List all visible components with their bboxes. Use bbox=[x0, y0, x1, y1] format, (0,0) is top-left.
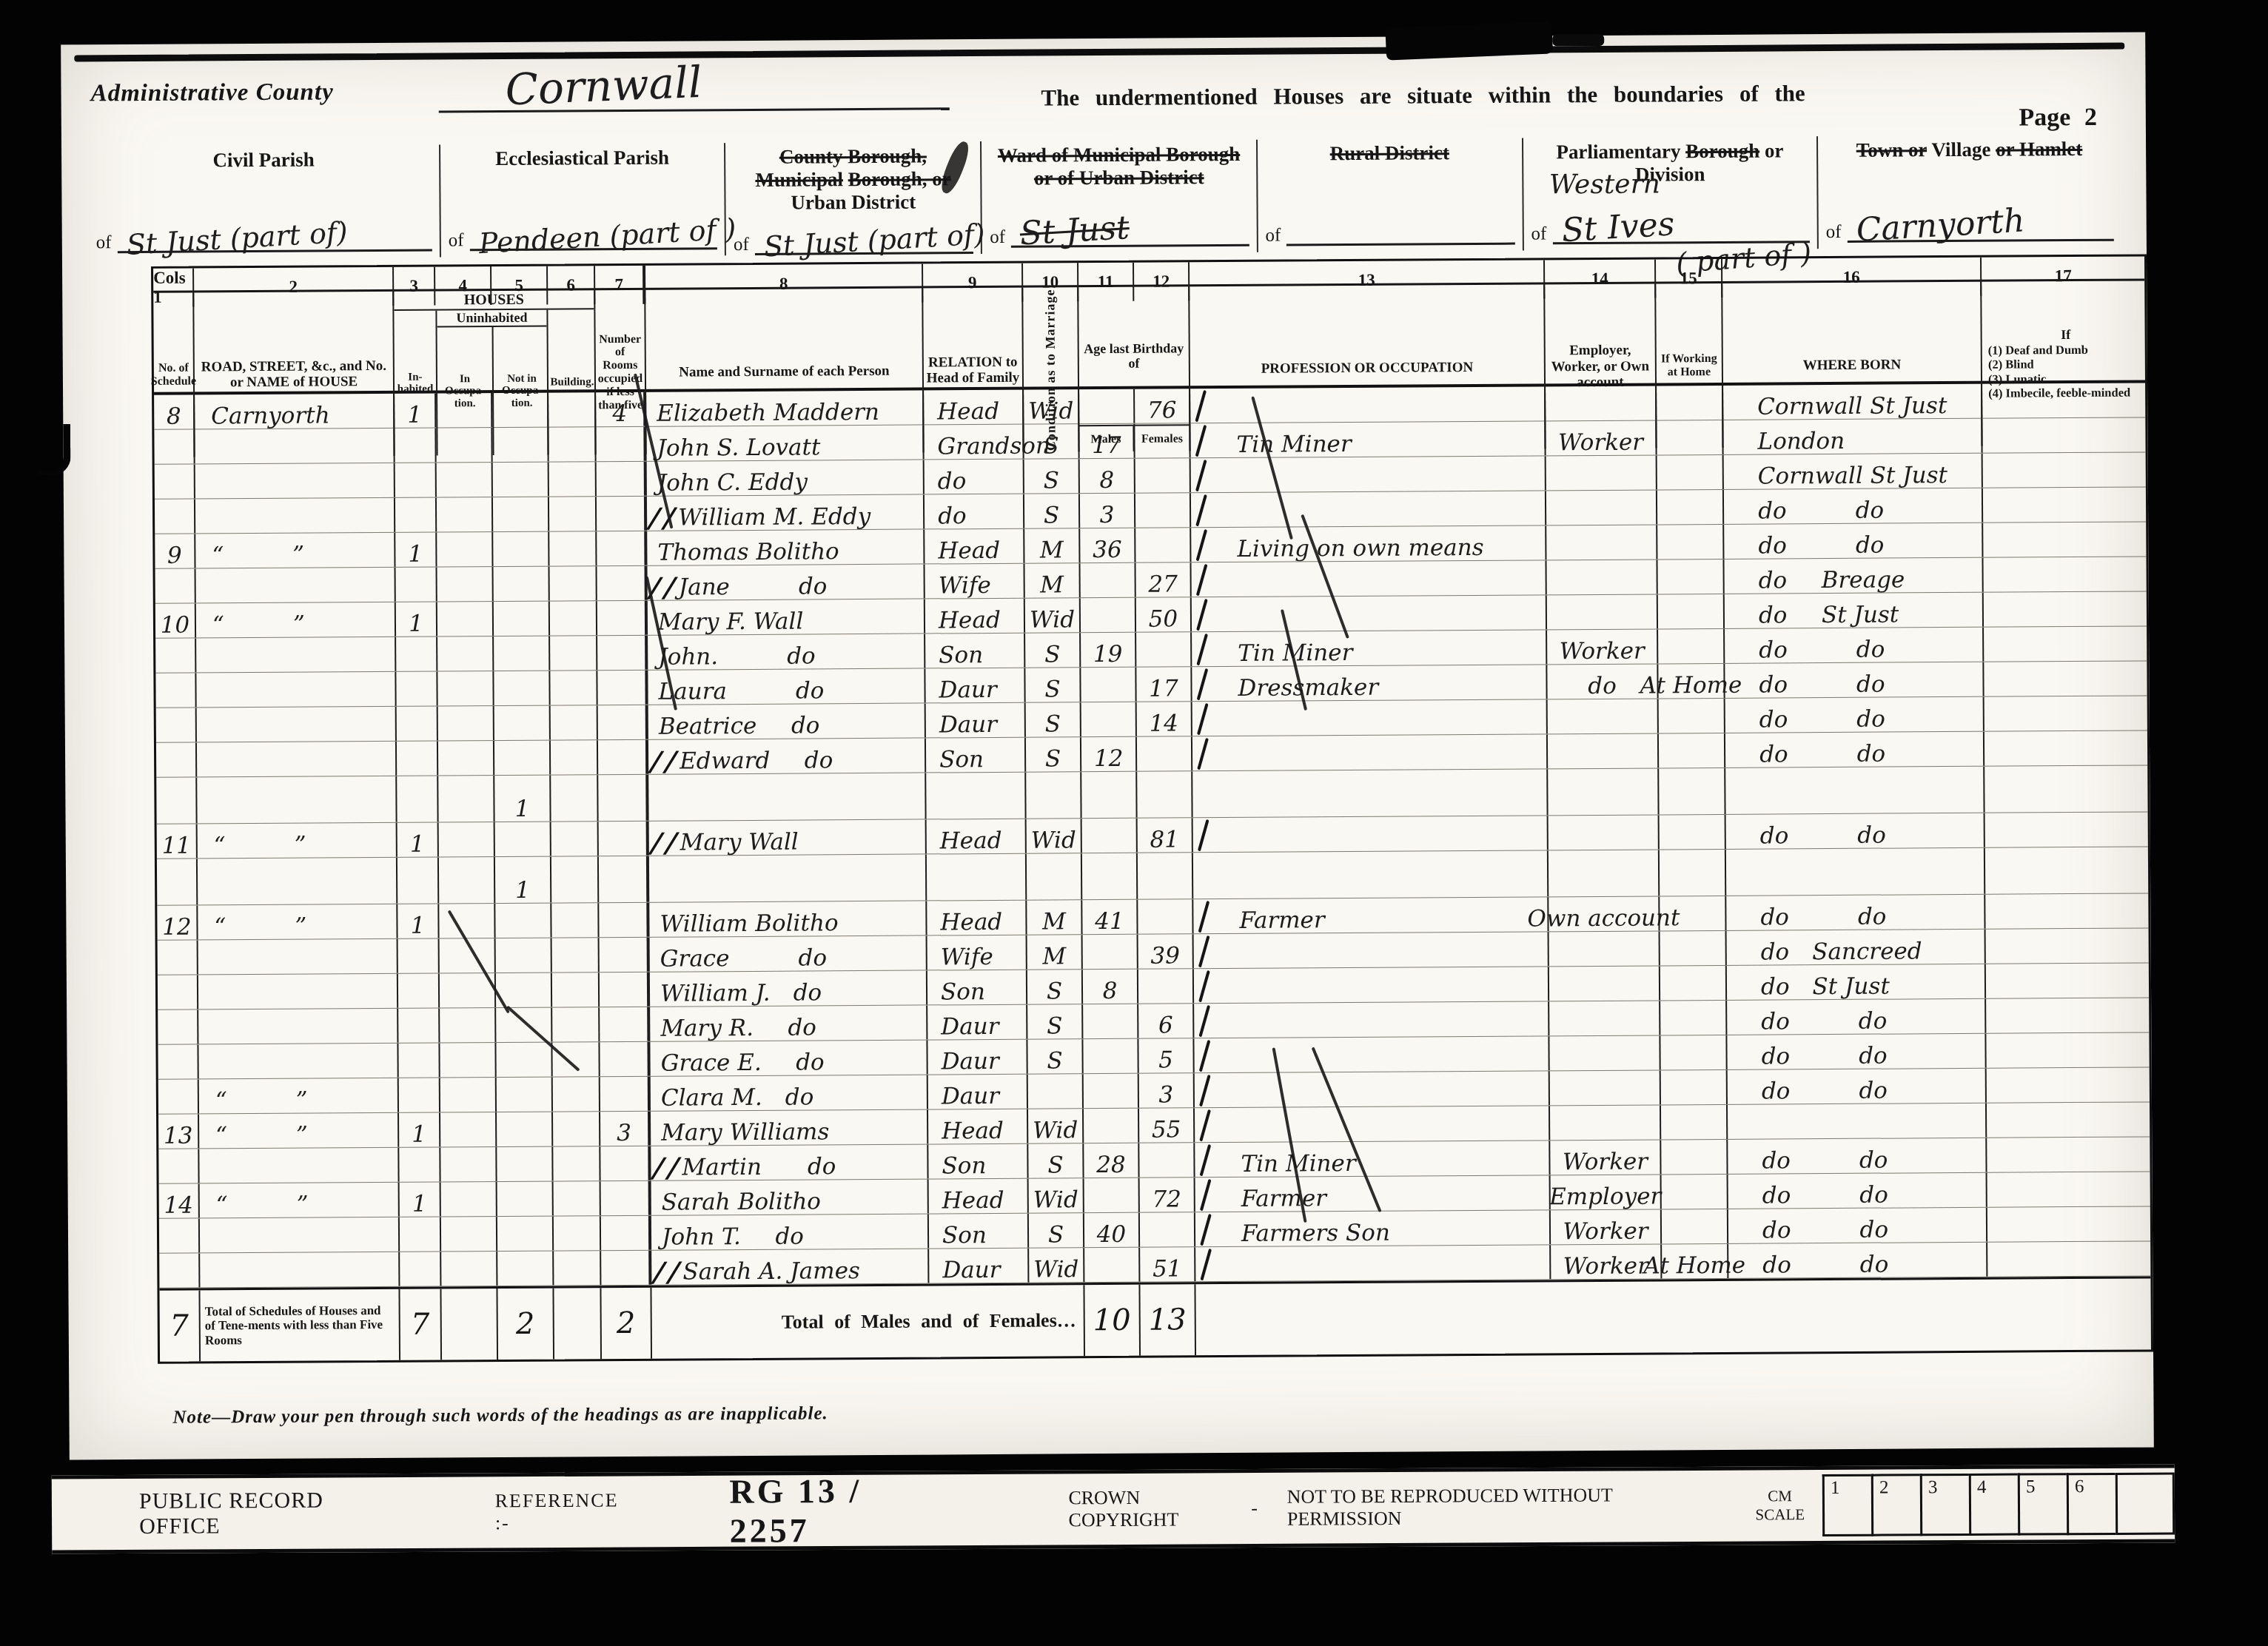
cell-condition bbox=[1027, 853, 1082, 899]
cell-condition: S bbox=[1029, 1213, 1084, 1247]
cell-age-male bbox=[1081, 668, 1136, 702]
cell-condition: S bbox=[1024, 424, 1079, 458]
enumerator-tick bbox=[1200, 1144, 1212, 1176]
cell-condition-value: S bbox=[1043, 434, 1058, 457]
cell-profession bbox=[1190, 386, 1546, 423]
household-end-mark bbox=[648, 751, 680, 773]
cell-road bbox=[195, 498, 395, 534]
cell-condition-value: S bbox=[1044, 643, 1060, 666]
cell-at-home bbox=[1659, 733, 1725, 768]
cell-not-in-occupation bbox=[492, 428, 548, 462]
cell-employer: Worker bbox=[1551, 1209, 1662, 1244]
cell-road bbox=[198, 1009, 398, 1044]
cell-relation: do bbox=[925, 494, 1024, 529]
reference-value: RG 13 / 2257 bbox=[729, 1471, 913, 1550]
cell-schedule bbox=[156, 743, 197, 777]
cell-age-male bbox=[1082, 853, 1138, 899]
cell-not-in-occupation: 1 bbox=[495, 857, 551, 903]
cell-rooms: 3 bbox=[600, 1112, 651, 1146]
cell-rooms bbox=[600, 1077, 651, 1111]
cell-not-in-occupation bbox=[493, 497, 549, 531]
cell-where-born: do do bbox=[1727, 1034, 1986, 1069]
header-box-of-row: ofPendeen (part of ) bbox=[449, 209, 717, 251]
cell-where-born: do do bbox=[1724, 488, 1983, 524]
cell-where-born: do do bbox=[1726, 895, 1985, 930]
cell-inhabited bbox=[395, 429, 436, 463]
totals-row: 7 Total of Schedules of Houses and of Te… bbox=[159, 1276, 2151, 1361]
cell-age-male bbox=[1084, 1109, 1139, 1143]
cell-condition: M bbox=[1027, 935, 1083, 969]
table-body: 8Carnyorth14Elizabeth MaddernHeadWid76Co… bbox=[154, 383, 2150, 1288]
cell-relation: Daur bbox=[927, 1005, 1027, 1040]
cell-profession bbox=[1194, 932, 1549, 968]
cm-label: CM bbox=[1768, 1487, 1792, 1505]
cell-condition: Wid bbox=[1028, 1109, 1084, 1143]
cell-at-home bbox=[1657, 420, 1723, 455]
cell-name: Martin do bbox=[651, 1144, 928, 1180]
cell-inhabited: 1 bbox=[395, 533, 437, 567]
cell-inhabited bbox=[396, 672, 437, 706]
cell-where-born-value: do Breage bbox=[1759, 568, 1905, 592]
administrative-county-label: Administrative County bbox=[90, 78, 333, 107]
cell-not-in-occupation bbox=[496, 1043, 552, 1077]
cell-not-in-occupation-value: 1 bbox=[515, 798, 530, 821]
cell-at-home bbox=[1659, 699, 1725, 733]
cell-schedule bbox=[155, 673, 196, 708]
cell-rooms-value: 4 bbox=[612, 403, 627, 426]
cell-rooms bbox=[597, 497, 647, 531]
cell-inhabited-value: 1 bbox=[409, 613, 423, 636]
cell-relation-value: Head bbox=[940, 911, 1002, 935]
cell-in-occupation bbox=[437, 463, 493, 497]
cell-schedule-value: 12 bbox=[162, 916, 192, 939]
cell-schedule-value: 10 bbox=[161, 614, 190, 637]
cell-profession: Living on own means bbox=[1191, 525, 1546, 562]
totals-schedule: 7 bbox=[159, 1291, 201, 1362]
cell-in-occupation bbox=[438, 741, 494, 775]
cell-schedule-value: 8 bbox=[167, 406, 181, 429]
cell-name-value: Laura do bbox=[658, 679, 824, 703]
cell-infirmity bbox=[1984, 591, 2147, 626]
cell-age-male-value: 41 bbox=[1095, 910, 1124, 933]
cell-profession bbox=[1193, 850, 1549, 898]
cell-employer-value: Worker bbox=[1560, 640, 1645, 664]
cell-road bbox=[197, 707, 397, 742]
cell-profession bbox=[1192, 769, 1548, 817]
cell-relation-value: Son bbox=[941, 981, 985, 1004]
enumerator-tick bbox=[1199, 1040, 1211, 1072]
cell-profession: Farmer bbox=[1193, 897, 1549, 933]
header-box-ward: Ward of Municipal Borough or of Urban Di… bbox=[982, 140, 1258, 254]
cell-rooms bbox=[597, 566, 648, 600]
cell-age-female bbox=[1137, 771, 1192, 817]
cell-schedule: 10 bbox=[155, 604, 196, 638]
cell-inhabited bbox=[397, 858, 439, 904]
cell-building bbox=[549, 531, 597, 565]
cell-building bbox=[551, 903, 599, 937]
household-end-mark bbox=[650, 1158, 682, 1180]
cell-age-female bbox=[1139, 1143, 1195, 1177]
cell-rooms bbox=[600, 1146, 651, 1180]
column-number-2: 2 bbox=[194, 267, 394, 307]
cell-in-occupation bbox=[439, 857, 495, 903]
cell-building bbox=[548, 392, 596, 426]
column-number-8: 8 bbox=[645, 264, 923, 304]
cell-name: Thomas Bolitho bbox=[647, 530, 925, 565]
enumerator-tick bbox=[1199, 1109, 1211, 1141]
header-box-underline: Pendeen (part of ) bbox=[469, 209, 717, 251]
cell-building bbox=[551, 705, 598, 739]
cell-inhabited-value: 1 bbox=[412, 1123, 426, 1146]
cell-condition: S bbox=[1028, 1143, 1084, 1178]
cell-where-born-value: do St Just bbox=[1759, 603, 1899, 627]
ruler-cell-1: 1 bbox=[1822, 1474, 1871, 1536]
cell-schedule bbox=[158, 975, 198, 1010]
cell-rooms bbox=[601, 1251, 651, 1285]
cell-building bbox=[552, 973, 600, 1007]
cell-age-male bbox=[1082, 819, 1138, 853]
enumerator-tick bbox=[1197, 703, 1209, 735]
header-box-label: Town or Village or Hamlet bbox=[1825, 138, 2113, 162]
cell-condition bbox=[1026, 772, 1081, 818]
cell-profession bbox=[1195, 1245, 1551, 1281]
cell-at-home bbox=[1657, 525, 1724, 560]
column-number-4: 4 bbox=[435, 266, 491, 305]
cell-relation-value: Head bbox=[942, 1189, 1004, 1213]
header-box-value: Carnyorth bbox=[1855, 202, 2025, 249]
cell-inhabited bbox=[399, 1148, 440, 1182]
cell-age-male: 8 bbox=[1080, 459, 1135, 493]
header-box-of-row: ofSt Just (part of) bbox=[96, 211, 432, 254]
cell-name-value: John. do bbox=[658, 645, 816, 668]
cell-infirmity bbox=[1987, 1102, 2150, 1137]
cell-employer-value: Employer bbox=[1549, 1185, 1661, 1209]
cell-employer bbox=[1549, 850, 1660, 896]
of-label: of bbox=[1265, 226, 1281, 246]
header-box-of-row: of bbox=[1265, 204, 1515, 246]
cell-age-female bbox=[1138, 969, 1194, 1003]
cell-age-male bbox=[1081, 772, 1137, 818]
cell-where-born-value: Cornwall St Just bbox=[1758, 464, 1947, 488]
cell-condition-value: Wid bbox=[1033, 1189, 1078, 1212]
cell-building bbox=[551, 740, 598, 774]
totals-inhabited: 7 bbox=[400, 1289, 442, 1360]
cell-rooms bbox=[599, 822, 649, 856]
cell-in-occupation bbox=[439, 904, 495, 938]
cell-relation: do bbox=[925, 460, 1024, 494]
cell-name-value: John C. Eddy bbox=[657, 471, 808, 494]
cell-schedule bbox=[159, 1219, 200, 1253]
cell-name: Jane do bbox=[648, 565, 925, 600]
cell-road bbox=[195, 463, 395, 499]
cell-name-value: Grace do bbox=[660, 947, 827, 970]
cell-not-in-occupation bbox=[497, 1217, 554, 1251]
cell-infirmity bbox=[1985, 893, 2148, 928]
infirmity-item: (2) Blind bbox=[1988, 357, 2130, 372]
cell-infirmity bbox=[1987, 1137, 2150, 1172]
cell-name-value: Grace E. do bbox=[661, 1051, 825, 1075]
cell-age-female: 76 bbox=[1135, 389, 1190, 423]
cell-rooms bbox=[597, 636, 648, 670]
header-box-underline: St Just (part of) bbox=[117, 211, 432, 254]
cell-inhabited bbox=[398, 1009, 440, 1043]
cell-condition-value: Wid bbox=[1028, 400, 1073, 423]
cell-condition: M bbox=[1024, 563, 1080, 597]
cell-relation-value: Daur bbox=[939, 713, 997, 736]
cell-in-occupation bbox=[440, 1043, 496, 1077]
cell-employer: Own account bbox=[1549, 896, 1660, 931]
cell-name-value: William J. do bbox=[660, 981, 822, 1005]
cell-schedule bbox=[157, 859, 198, 905]
cell-relation: Head bbox=[925, 599, 1025, 634]
cell-relation bbox=[926, 773, 1026, 819]
cell-building bbox=[548, 427, 596, 461]
household-end-mark bbox=[648, 833, 680, 855]
cell-infirmity bbox=[1987, 1241, 2150, 1276]
cm-scale-label: CM SCALE bbox=[1755, 1487, 1805, 1525]
cell-road bbox=[196, 637, 396, 673]
cell-infirmity bbox=[1982, 417, 2145, 452]
cell-employer bbox=[1547, 594, 1658, 629]
totals-spacer bbox=[1195, 1278, 2151, 1355]
cell-condition-value: S bbox=[1047, 1049, 1062, 1072]
cell-condition: S bbox=[1024, 459, 1080, 493]
column-number-3: 3 bbox=[394, 267, 435, 306]
label-segment: Ecclesiastical Parish bbox=[495, 147, 669, 169]
cell-where-born-value: do do bbox=[1760, 906, 1886, 930]
cell-where-born-value: do do bbox=[1761, 1045, 1887, 1069]
cell-relation-value: Head bbox=[938, 540, 1000, 563]
column-number-15: 15 bbox=[1656, 259, 1722, 298]
cell-age-female bbox=[1137, 736, 1192, 770]
cell-name: Sarah Bolitho bbox=[651, 1179, 929, 1215]
cell-profession-value: Tin Miner bbox=[1236, 433, 1351, 457]
header-box-label: County Borough, Municipal Borough, or Ur… bbox=[733, 144, 973, 215]
cell-relation-value: Daur bbox=[939, 679, 996, 702]
cell-building bbox=[552, 938, 600, 972]
cell-age-female-value: 14 bbox=[1149, 712, 1178, 735]
cell-road bbox=[196, 672, 396, 708]
census-sheet: Administrative County Cornwall The under… bbox=[61, 32, 2154, 1459]
label-segment: Civil Parish bbox=[212, 149, 314, 172]
cell-age-male: 19 bbox=[1081, 633, 1136, 667]
cell-where-born-value: do do bbox=[1762, 1149, 1888, 1173]
cell-name: Laura do bbox=[648, 668, 925, 704]
cell-infirmity bbox=[1985, 847, 2148, 893]
cell-where-born: do do bbox=[1728, 1138, 1987, 1174]
cell-at-home bbox=[1657, 386, 1723, 420]
cell-building bbox=[553, 1112, 600, 1146]
cell-in-occupation bbox=[437, 497, 493, 531]
cell-condition-value: M bbox=[1040, 539, 1064, 562]
cell-where-born: do do bbox=[1724, 523, 1983, 559]
cell-inhabited-value: 1 bbox=[408, 543, 423, 566]
cell-age-male bbox=[1079, 389, 1135, 423]
cell-inhabited bbox=[396, 637, 437, 671]
cell-profession-value: Tin Miner bbox=[1241, 1152, 1355, 1176]
cell-where-born: do do bbox=[1725, 697, 1984, 733]
of-label: of bbox=[449, 230, 464, 251]
header-box-underline: WesternSt Ives bbox=[1552, 202, 1810, 244]
census-table: Cols 1234567891011121314151617 No. of Sc… bbox=[151, 254, 2153, 1363]
cell-rooms bbox=[598, 775, 648, 821]
cell-age-male-value: 28 bbox=[1096, 1154, 1126, 1177]
cell-road bbox=[198, 858, 397, 905]
cell-age-male-value: 8 bbox=[1099, 469, 1114, 492]
cell-name-value: Clara M. do bbox=[661, 1086, 814, 1109]
cell-building bbox=[550, 601, 597, 635]
parish-boxes: Civil Parish ofSt Just (part of)Ecclesia… bbox=[88, 135, 2121, 260]
footer-dash: - bbox=[1251, 1497, 1258, 1519]
cell-relation-value: Daur bbox=[942, 1259, 1000, 1282]
scan-ink-blob bbox=[1552, 34, 1604, 46]
cell-age-female-value: 50 bbox=[1149, 608, 1178, 631]
cell-schedule-value: 11 bbox=[161, 835, 191, 858]
cell-age-female-value: 39 bbox=[1150, 944, 1180, 967]
cell-name: William M. Eddy bbox=[647, 495, 925, 531]
cell-where-born-value: do do bbox=[1758, 500, 1884, 523]
cell-name-value: Beatrice do bbox=[659, 714, 820, 738]
cell-road: “ ” bbox=[200, 1183, 400, 1218]
totals-rooms: 2 bbox=[601, 1288, 652, 1359]
cell-schedule bbox=[159, 1254, 200, 1288]
cell-in-occupation bbox=[441, 1182, 497, 1216]
cell-road bbox=[199, 1148, 399, 1183]
cell-infirmity bbox=[1985, 812, 2148, 847]
header-box-value: St Just bbox=[1019, 209, 1131, 253]
cell-road bbox=[198, 974, 398, 1010]
cell-where-born: do do bbox=[1728, 1208, 1987, 1243]
cell-not-in-occupation bbox=[497, 1147, 553, 1181]
ruler-cell-7 bbox=[2116, 1472, 2175, 1534]
cell-condition: Wid bbox=[1025, 598, 1081, 632]
struck-label-segment: Rural District bbox=[1330, 141, 1449, 164]
cell-schedule: 12 bbox=[157, 906, 198, 940]
cell-name-value: Jane do bbox=[679, 575, 828, 599]
cell-condition: Wid bbox=[1027, 819, 1082, 853]
cell-age-female: 50 bbox=[1136, 597, 1192, 631]
cell-employer bbox=[1549, 815, 1660, 850]
cell-age-female: 3 bbox=[1139, 1073, 1195, 1107]
cell-not-in-occupation bbox=[495, 904, 551, 938]
cell-in-occupation bbox=[438, 706, 494, 740]
cell-relation: Grandson bbox=[924, 425, 1024, 460]
cell-employer bbox=[1546, 525, 1657, 560]
header-box-rural-district: Rural District of bbox=[1258, 138, 1524, 252]
cell-relation-value: Wife bbox=[941, 946, 993, 969]
cell-condition: S bbox=[1025, 668, 1081, 702]
cell-age-male-value: 12 bbox=[1094, 748, 1124, 770]
cell-road-value: Carnyorth bbox=[211, 404, 330, 428]
cell-rooms bbox=[601, 1181, 651, 1215]
cell-at-home bbox=[1660, 1001, 1727, 1035]
enumerator-tick bbox=[1198, 970, 1210, 1002]
cell-relation: Head bbox=[929, 1179, 1029, 1214]
cell-inhabited: 1 bbox=[399, 1113, 440, 1147]
cell-road bbox=[200, 1252, 400, 1288]
cell-age-female: 55 bbox=[1139, 1108, 1195, 1142]
cell-infirmity bbox=[1984, 696, 2147, 730]
cell-name: Mary Wall bbox=[649, 819, 927, 855]
cell-building bbox=[551, 775, 598, 821]
cell-condition-value: S bbox=[1044, 678, 1060, 701]
screenshot-stage: Administrative County Cornwall The under… bbox=[0, 0, 2268, 1646]
cell-infirmity bbox=[1987, 1172, 2150, 1206]
cell-age-male-value: 8 bbox=[1103, 980, 1118, 1003]
cell-age-male bbox=[1083, 1039, 1138, 1073]
cell-at-home bbox=[1662, 1209, 1728, 1244]
cell-name: John. do bbox=[648, 634, 925, 669]
cell-building bbox=[550, 671, 597, 705]
cell-relation-value: Head bbox=[937, 400, 999, 424]
header-box-town-village: Town or Village or Hamlet ofCarnyorth bbox=[1818, 135, 2121, 249]
cell-infirmity bbox=[1984, 661, 2147, 696]
cell-condition-value: S bbox=[1045, 713, 1061, 736]
cell-relation-value: Daur bbox=[942, 1050, 999, 1073]
cell-name bbox=[649, 854, 927, 901]
cell-age-female: 39 bbox=[1138, 934, 1194, 968]
cell-condition-value: S bbox=[1047, 1154, 1063, 1177]
totals-uninhabited: 2 bbox=[497, 1289, 554, 1360]
cell-not-in-occupation bbox=[494, 567, 550, 601]
struck-label-segment: Borough, or bbox=[848, 167, 951, 190]
cell-relation: Wife bbox=[925, 564, 1024, 599]
enumerator-tick bbox=[1200, 1179, 1212, 1211]
enumerator-tick bbox=[1196, 564, 1208, 596]
cell-road bbox=[198, 1044, 398, 1079]
cell-age-female bbox=[1135, 423, 1190, 457]
cell-at-home bbox=[1661, 1140, 1728, 1175]
header-box-underline bbox=[1286, 204, 1515, 246]
cell-not-in-occupation bbox=[497, 1078, 553, 1112]
cell-age-female bbox=[1138, 899, 1193, 933]
scale-label: SCALE bbox=[1755, 1505, 1805, 1523]
cell-age-female-value: 51 bbox=[1153, 1257, 1182, 1280]
cell-in-occupation bbox=[440, 1147, 497, 1181]
cell-where-born: Cornwall St Just bbox=[1724, 454, 1983, 489]
column-number-9: 9 bbox=[923, 263, 1023, 303]
cell-relation: Daur bbox=[927, 1040, 1027, 1075]
cell-name-value: William Bolitho bbox=[660, 912, 838, 935]
cell-road: “ ” bbox=[198, 823, 397, 859]
cell-in-occupation bbox=[436, 428, 492, 462]
cell-employer-value: Worker bbox=[1563, 1255, 1648, 1279]
of-label: of bbox=[734, 235, 749, 255]
cell-condition: M bbox=[1027, 900, 1082, 934]
header-box-value: St Just (part of) bbox=[126, 215, 349, 261]
cell-name-value: Mary F. Wall bbox=[658, 611, 803, 634]
cell-not-in-occupation: 1 bbox=[494, 776, 551, 822]
cell-schedule bbox=[158, 1149, 199, 1183]
cell-condition-value: M bbox=[1040, 574, 1064, 597]
cell-schedule-value: 9 bbox=[167, 545, 182, 568]
cell-age-female-value: 72 bbox=[1152, 1188, 1181, 1211]
cell-condition-value: M bbox=[1042, 945, 1066, 968]
enumerator-tick bbox=[1196, 634, 1208, 665]
cell-name: Clara M. do bbox=[651, 1075, 928, 1110]
cell-building bbox=[554, 1216, 601, 1250]
film-footer-strip: PUBLIC RECORD OFFICE REFERENCE :- RG 13 … bbox=[52, 1464, 2175, 1553]
cell-condition-value: S bbox=[1048, 1223, 1064, 1246]
administrative-county-row: Administrative County Cornwall bbox=[90, 75, 993, 132]
cell-relation: Head bbox=[927, 901, 1027, 935]
header-box-label: Rural District bbox=[1265, 141, 1514, 166]
cell-relation: Son bbox=[926, 738, 1026, 773]
cell-schedule bbox=[155, 639, 196, 673]
crown-copyright-label: CROWN COPYRIGHT bbox=[1068, 1486, 1221, 1531]
cell-age-male: 3 bbox=[1080, 494, 1135, 528]
cell-at-home bbox=[1658, 629, 1725, 664]
